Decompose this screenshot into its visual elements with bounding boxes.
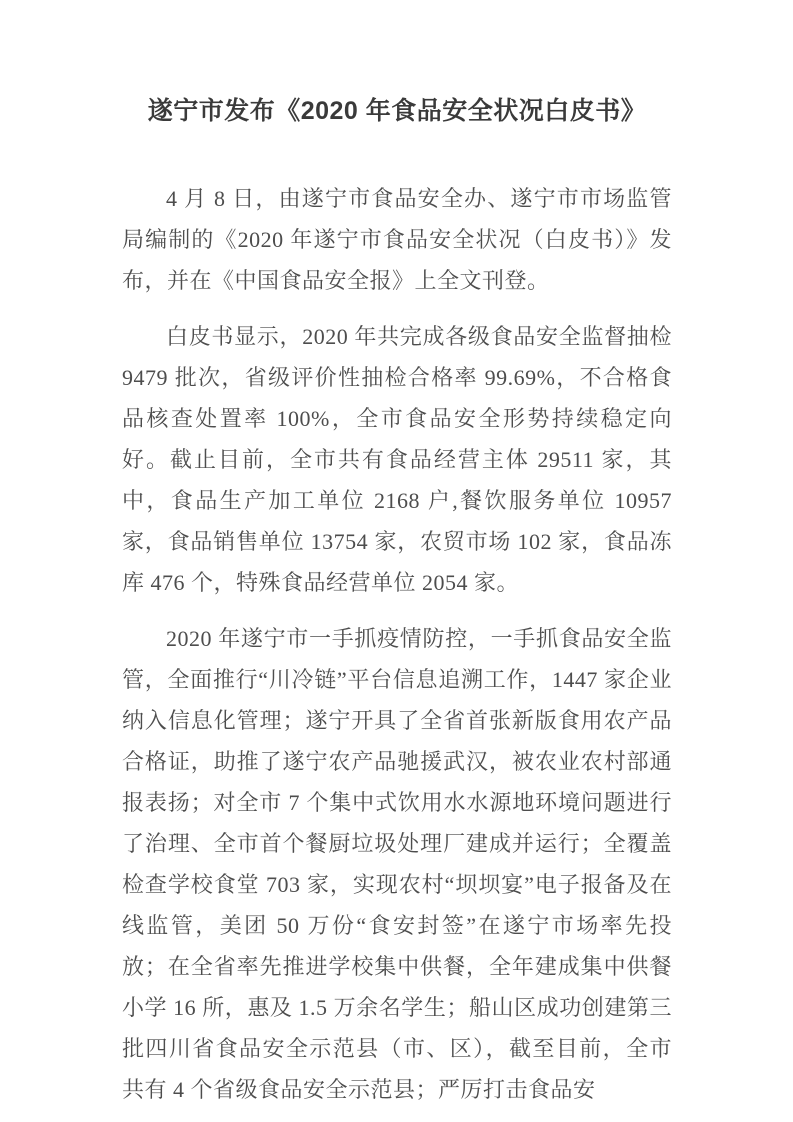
body-paragraph-2: 白皮书显示，2020 年共完成各级食品安全监督抽检 9479 批次，省级评价性抽… bbox=[122, 316, 672, 603]
document-page: 遂宁市发布《2020 年食品安全状况白皮书》 4 月 8 日，由遂宁市食品安全办… bbox=[0, 0, 793, 1122]
body-paragraph-3: 2020 年遂宁市一手抓疫情防控，一手抓食品安全监管，全面推行“川冷链”平台信息… bbox=[122, 618, 672, 1110]
document-title: 遂宁市发布《2020 年食品安全状况白皮书》 bbox=[122, 92, 672, 130]
body-paragraph-1: 4 月 8 日，由遂宁市食品安全办、遂宁市市场监管局编制的《2020 年遂宁市食… bbox=[122, 178, 672, 301]
document-body: 4 月 8 日，由遂宁市食品安全办、遂宁市市场监管局编制的《2020 年遂宁市食… bbox=[122, 178, 672, 1110]
